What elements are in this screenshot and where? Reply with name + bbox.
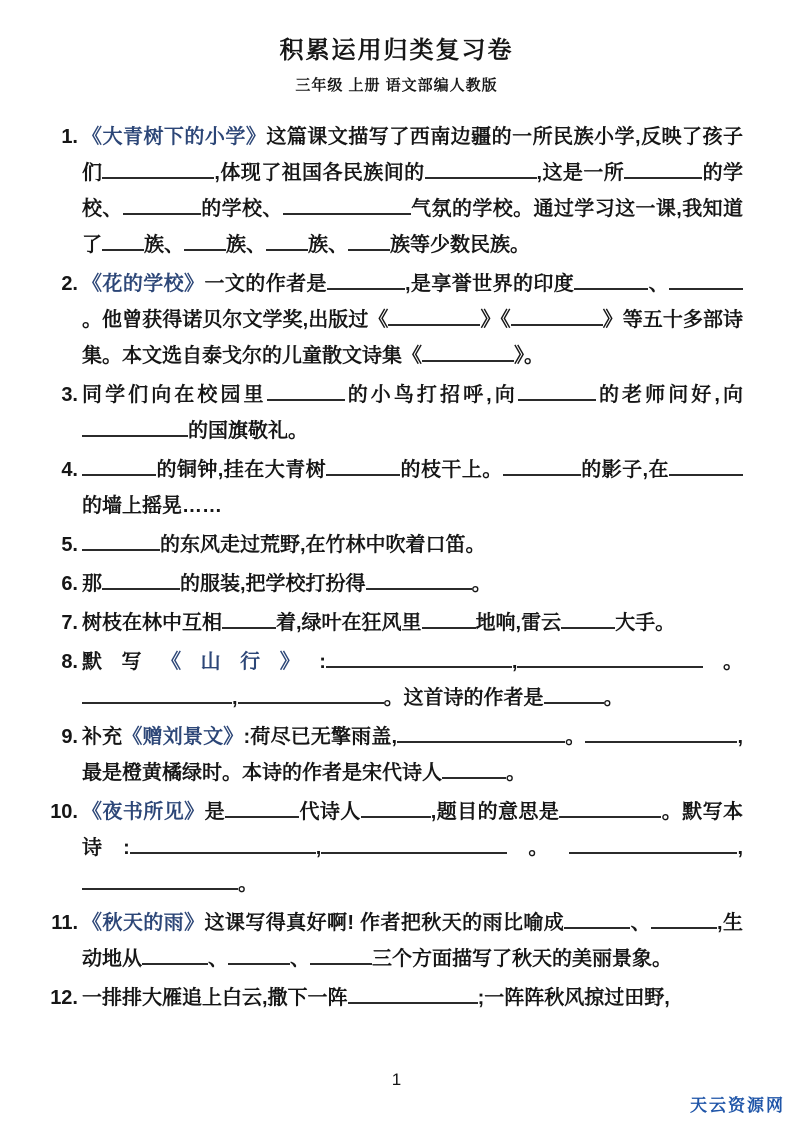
question-body: 一排排大雁追上白云,撒下一阵;一阵阵秋风掠过田野, <box>82 987 670 1009</box>
question-text: 同学们向在校园里 <box>82 384 267 406</box>
fill-in-blank <box>222 609 276 629</box>
fill-in-blank <box>225 798 299 818</box>
fill-in-blank <box>574 270 648 290</box>
fill-in-blank <box>102 570 180 590</box>
question-body: 补充《赠刘景文》:荷尽已无擎雨盖,。,最是橙黄橘绿时。本诗的作者是宋代诗人。 <box>82 726 743 784</box>
question-4: 4.的铜钟,挂在大青树的枝干上。的影子,在的墙上摇晃…… <box>48 452 743 524</box>
question-number: 1. <box>48 119 78 155</box>
fill-in-blank <box>569 834 737 854</box>
question-text: 的小鸟打招呼,向 <box>345 384 518 406</box>
question-text: ,这是一所 <box>537 162 625 184</box>
fill-in-blank <box>397 723 565 743</box>
question-text: ,体现了祖国各民族间的 <box>214 162 424 184</box>
question-body: 的东风走过荒野,在竹林中吹着口笛。 <box>82 534 486 556</box>
question-text: 。 <box>238 873 258 895</box>
question-text: 补充 <box>82 726 122 748</box>
question-10: 10.《夜书所见》是代诗人,题目的意思是。默写本诗:,。,。 <box>48 794 743 902</box>
fill-in-blank <box>228 945 290 965</box>
question-text: 代诗人 <box>299 801 361 823</box>
question-text: 。这首诗的作者是 <box>384 687 544 709</box>
question-5: 5.的东风走过荒野,在竹林中吹着口笛。 <box>48 527 743 563</box>
question-number: 11. <box>48 905 78 941</box>
question-7: 7.树枝在林中互相着,绿叶在狂风里地响,雷云大手。 <box>48 605 743 641</box>
question-number: 12. <box>48 980 78 1016</box>
question-number: 9. <box>48 719 78 755</box>
question-body: 那的服装,把学校打扮得。 <box>82 573 492 595</box>
fill-in-blank <box>310 945 372 965</box>
question-2: 2.《花的学校》一文的作者是,是享誉世界的印度、。他曾获得诺贝尔文学奖,出版过《… <box>48 266 743 374</box>
book-title: 《大青树下的小学》 <box>82 126 266 148</box>
question-text: 族等少数民族。 <box>390 234 530 256</box>
fill-in-blank <box>442 759 506 779</box>
fill-in-blank <box>184 231 226 251</box>
question-text: 一排排大雁追上白云,撒下一阵 <box>82 987 348 1009</box>
book-title: 《山行》 <box>161 651 319 673</box>
fill-in-blank <box>511 306 603 326</box>
question-body: 《大青树下的小学》这篇课文描写了西南边疆的一所民族小学,反映了孩子们,体现了祖国… <box>82 126 743 256</box>
fill-in-blank <box>503 456 581 476</box>
fill-in-blank <box>321 834 507 854</box>
question-list: 1.《大青树下的小学》这篇课文描写了西南边疆的一所民族小学,反映了孩子们,体现了… <box>0 95 793 1016</box>
fill-in-blank <box>561 609 615 629</box>
fill-in-blank <box>651 909 717 929</box>
question-text: , <box>737 837 743 859</box>
question-12: 12.一排排大雁追上白云,撒下一阵;一阵阵秋风掠过田野, <box>48 980 743 1016</box>
fill-in-blank <box>422 609 476 629</box>
fill-in-blank <box>283 195 411 215</box>
fill-in-blank <box>82 870 238 890</box>
fill-in-blank <box>669 456 743 476</box>
fill-in-blank <box>348 231 390 251</box>
fill-in-blank <box>669 270 743 290</box>
question-text: 的枝干上。 <box>400 459 503 481</box>
worksheet-subtitle: 三年级 上册 语文部编人教版 <box>0 74 793 95</box>
fill-in-blank <box>142 945 208 965</box>
question-text: 。 <box>507 837 569 859</box>
book-title: 《秋天的雨》 <box>82 912 205 934</box>
book-title: 《花的学校》 <box>82 273 204 295</box>
book-title: 《赠刘景文》 <box>122 726 243 748</box>
question-text: 树枝在林中互相 <box>82 612 222 634</box>
book-title: 《夜书所见》 <box>82 801 205 823</box>
fill-in-blank <box>564 909 630 929</box>
question-text: 。 <box>604 687 624 709</box>
fill-in-blank <box>422 342 514 362</box>
fill-in-blank <box>585 723 673 743</box>
question-9: 9.补充《赠刘景文》:荷尽已无擎雨盖,。,最是橙黄橘绿时。本诗的作者是宋代诗人。 <box>48 719 743 791</box>
question-text: 族、 <box>226 234 266 256</box>
question-text: 》《 <box>480 309 510 331</box>
worksheet-title: 积累运用归类复习卷 <box>0 30 793 65</box>
question-text: ,是享誉世界的印度 <box>405 273 574 295</box>
fill-in-blank <box>326 456 400 476</box>
question-text: 、 <box>630 912 651 934</box>
question-number: 5. <box>48 527 78 563</box>
fill-in-blank <box>102 159 214 179</box>
question-text: 的东风走过荒野,在竹林中吹着口笛。 <box>160 534 486 556</box>
question-6: 6.那的服装,把学校打扮得。 <box>48 566 743 602</box>
question-body: 《秋天的雨》这课写得真好啊! 作者把秋天的雨比喻成、,生动地从、、三个方面描写了… <box>82 912 743 970</box>
fill-in-blank <box>518 381 596 401</box>
question-body: 《花的学校》一文的作者是,是享誉世界的印度、。他曾获得诺贝尔文学奖,出版过《》《… <box>82 273 743 367</box>
question-text: 三个方面描写了秋天的美丽景象。 <box>372 948 672 970</box>
fill-in-blank <box>348 984 478 1004</box>
question-text: :荷尽已无擎雨盖, <box>243 726 397 748</box>
question-body: 树枝在林中互相着,绿叶在狂风里地响,雷云大手。 <box>82 612 675 634</box>
question-text: 那 <box>82 573 102 595</box>
watermark: 天云资源网 <box>690 1091 785 1116</box>
question-1: 1.《大青树下的小学》这篇课文描写了西南边疆的一所民族小学,反映了孩子们,体现了… <box>48 119 743 263</box>
question-text: 。他曾获得诺贝尔文学奖,出版过《 <box>82 309 388 331</box>
fill-in-blank <box>326 648 512 668</box>
fill-in-blank <box>366 570 472 590</box>
question-number: 3. <box>48 377 78 413</box>
question-body: 默写《山行》:,。,。这首诗的作者是。 <box>82 651 743 709</box>
question-text: 的国旗敬礼。 <box>188 420 308 442</box>
question-text: 默写 <box>82 651 161 673</box>
question-number: 7. <box>48 605 78 641</box>
question-number: 6. <box>48 566 78 602</box>
question-text: 地响,雷云 <box>476 612 562 634</box>
fill-in-blank <box>559 798 661 818</box>
question-text: 。 <box>703 651 743 673</box>
question-number: 4. <box>48 452 78 488</box>
question-text: 大手。 <box>615 612 675 634</box>
question-text: 、 <box>648 273 669 295</box>
question-number: 8. <box>48 644 78 680</box>
fill-in-blank <box>82 684 232 704</box>
fill-in-blank <box>388 306 480 326</box>
fill-in-blank <box>130 834 316 854</box>
fill-in-blank <box>673 723 737 743</box>
question-number: 10. <box>48 794 78 830</box>
question-text: 的铜钟,挂在大青树 <box>156 459 326 481</box>
question-text: 着,绿叶在狂风里 <box>276 612 422 634</box>
fill-in-blank <box>82 417 188 437</box>
question-text: 。 <box>506 762 526 784</box>
question-text: : <box>319 651 326 673</box>
worksheet-header: 积累运用归类复习卷 三年级 上册 语文部编人教版 <box>0 0 793 95</box>
page-number: 1 <box>0 1070 793 1090</box>
fill-in-blank <box>425 159 537 179</box>
question-text: 、 <box>208 948 228 970</box>
question-body: 《夜书所见》是代诗人,题目的意思是。默写本诗:,。,。 <box>82 801 743 895</box>
fill-in-blank <box>82 531 160 551</box>
question-body: 的铜钟,挂在大青树的枝干上。的影子,在的墙上摇晃…… <box>82 459 743 517</box>
fill-in-blank <box>624 159 702 179</box>
fill-in-blank <box>102 231 144 251</box>
fill-in-blank <box>266 231 308 251</box>
question-text: 、 <box>290 948 310 970</box>
fill-in-blank <box>123 195 201 215</box>
fill-in-blank <box>238 684 384 704</box>
question-text: 。 <box>565 726 585 748</box>
question-text: 族、 <box>144 234 184 256</box>
fill-in-blank <box>544 684 604 704</box>
fill-in-blank <box>361 798 431 818</box>
question-3: 3.同学们向在校园里的小鸟打招呼,向的老师问好,向的国旗敬礼。 <box>48 377 743 449</box>
question-number: 2. <box>48 266 78 302</box>
question-text: ;一阵阵秋风掠过田野, <box>478 987 670 1009</box>
question-text: 是 <box>205 801 225 823</box>
question-8: 8.默写《山行》:,。,。这首诗的作者是。 <box>48 644 743 716</box>
question-body: 同学们向在校园里的小鸟打招呼,向的老师问好,向的国旗敬礼。 <box>82 384 743 442</box>
question-text: 族、 <box>308 234 348 256</box>
fill-in-blank <box>82 456 156 476</box>
question-text: 的墙上摇晃…… <box>82 495 222 517</box>
fill-in-blank <box>267 381 345 401</box>
question-text: 一文的作者是 <box>204 273 326 295</box>
question-text: 这课写得真好啊! 作者把秋天的雨比喻成 <box>205 912 565 934</box>
fill-in-blank <box>327 270 405 290</box>
question-text: 。 <box>472 573 492 595</box>
question-text: 的影子,在 <box>581 459 669 481</box>
question-text: 》。 <box>514 345 544 367</box>
question-text: 的学校、 <box>201 198 283 220</box>
question-text: 的老师问好,向 <box>596 384 743 406</box>
question-text: 的服装,把学校打扮得 <box>180 573 366 595</box>
question-text: ,题目的意思是 <box>431 801 560 823</box>
fill-in-blank <box>517 648 703 668</box>
question-11: 11.《秋天的雨》这课写得真好啊! 作者把秋天的雨比喻成、,生动地从、、三个方面… <box>48 905 743 977</box>
